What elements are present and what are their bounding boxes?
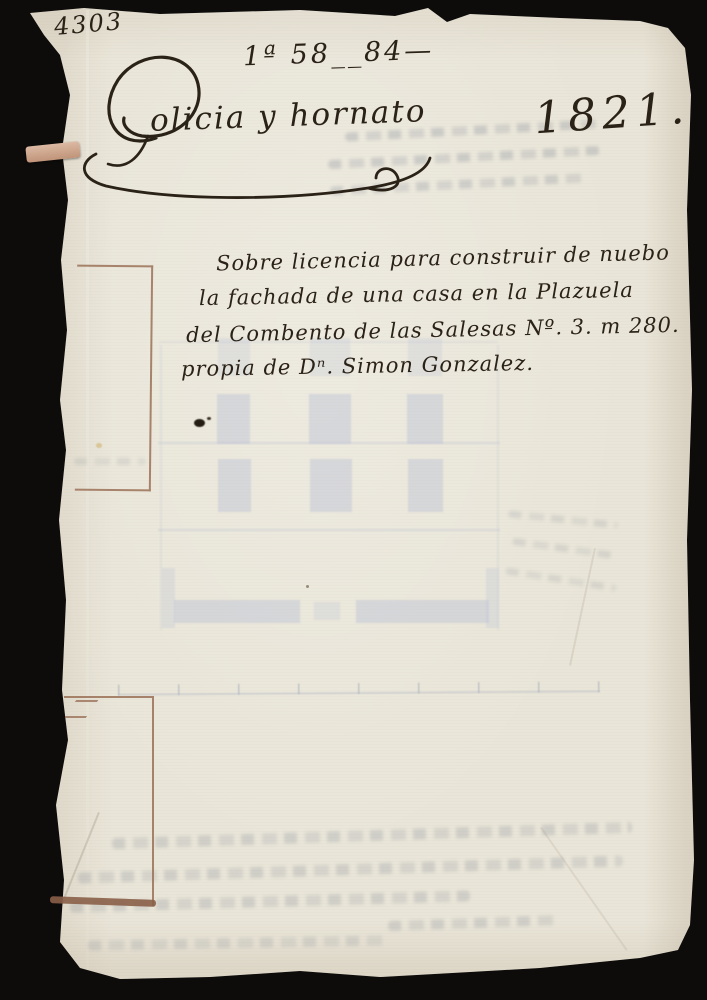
body-text-line: Sobre licencia para construir de nuebo: [216, 240, 670, 275]
facade-window: [407, 394, 443, 444]
body-text-line: la fachada de una casa en la Plazuela: [199, 278, 634, 310]
bleedthrough-text-line: [78, 855, 623, 883]
year-label: 1821.: [532, 83, 691, 145]
binding-mark-lower: [64, 696, 154, 906]
facade-door-opening: [314, 602, 340, 620]
facade-floor-line-2: [158, 529, 500, 531]
facade-window: [218, 459, 251, 512]
manuscript-scan: 4303 1ª 58__84— 1821. olicia y hornato S…: [0, 0, 707, 1000]
body-text-line: propia de Dⁿ. Simon Gonzalez.: [181, 351, 534, 381]
ink-speck: [306, 585, 309, 588]
paper-sheet: 4303 1ª 58__84— 1821. olicia y hornato S…: [0, 0, 707, 1000]
paper-crease: [540, 827, 627, 951]
bleedthrough-text-line: [88, 935, 388, 950]
facade-window: [310, 459, 352, 512]
paper-crease: [569, 548, 595, 666]
bleedthrough-annotation-line: [512, 538, 617, 560]
facade-window: [217, 394, 250, 444]
binding-mark-upper: [75, 265, 153, 492]
facade-door-opening: [174, 600, 300, 623]
bleedthrough-annotation-line: [505, 567, 617, 591]
ink-smudge: [194, 419, 205, 427]
facade-window: [309, 394, 351, 444]
ink-smudge: [207, 417, 211, 420]
facade-window: [408, 459, 443, 512]
bleedthrough-signature: [388, 915, 558, 931]
bleedthrough-scale-bar: [118, 681, 600, 695]
facade-door-opening: [356, 600, 489, 623]
bleedthrough-annotation-line: [508, 510, 618, 528]
